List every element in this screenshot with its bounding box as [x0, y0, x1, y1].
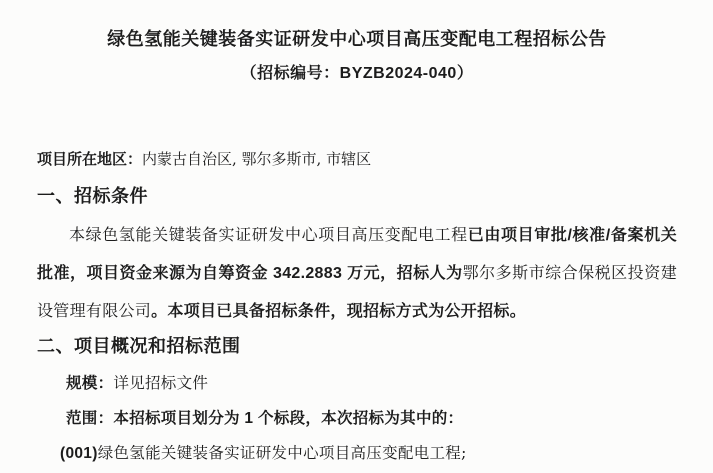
- section-1-heading: 一、招标条件: [37, 184, 677, 208]
- paragraph-project-name: 本绿色氢能关键装备实证研发中心项目高压变配电工程: [69, 225, 468, 244]
- scale-label: 规模：: [66, 375, 113, 392]
- scope-label: 范围：: [66, 410, 113, 427]
- scope-line: 范围：本招标项目划分为 1 个标段，本次招标为其中的：: [37, 401, 677, 436]
- paragraph-conditions-met: 。本项目已具备招标条件，现招标方式为公开招标。: [151, 303, 526, 320]
- scale-line: 规模：详见招标文件: [37, 366, 677, 401]
- project-location-line: 项目所在地区：内蒙古自治区, 鄂尔多斯市, 市辖区: [37, 149, 677, 170]
- scope-value: 本招标项目划分为 1 个标段，本次招标为其中的：: [113, 410, 463, 427]
- lot-name: 绿色氢能关键装备实证研发中心项目高压变配电工程;: [98, 444, 467, 462]
- lot-line: (001)绿色氢能关键装备实证研发中心项目高压变配电工程;: [37, 436, 677, 471]
- tender-announcement-document: 绿色氢能关键装备实证研发中心项目高压变配电工程招标公告 （招标编号：BYZB20…: [0, 0, 713, 473]
- section-2-heading: 二、项目概况和招标范围: [37, 334, 677, 358]
- document-title: 绿色氢能关键装备实证研发中心项目高压变配电工程招标公告: [37, 26, 677, 52]
- tender-conditions-paragraph: 本绿色氢能关键装备实证研发中心项目高压变配电工程已由项目审批/核准/备案机关批准…: [37, 216, 677, 330]
- lot-number: (001): [60, 445, 98, 462]
- project-location-label: 项目所在地区：: [37, 151, 142, 168]
- scale-value: 详见招标文件: [113, 374, 208, 392]
- tender-number: （招标编号：BYZB2024-040）: [37, 62, 677, 86]
- project-location-value: 内蒙古自治区, 鄂尔多斯市, 市辖区: [142, 150, 371, 168]
